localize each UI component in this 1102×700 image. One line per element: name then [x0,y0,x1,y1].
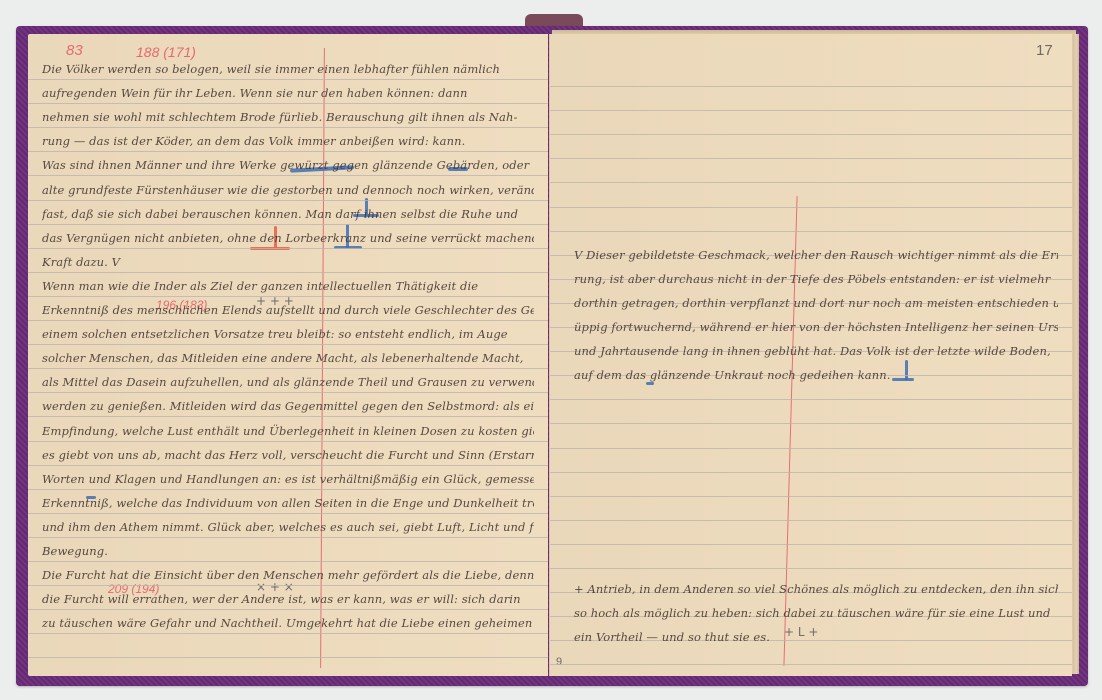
handwritten-line: es giebt von uns ab, macht das Herz voll… [42,448,534,462]
ruled-line [550,448,1072,449]
ruled-line [28,224,548,225]
handwritten-line: zu täuschen wäre Gefahr und Nachtheil. U… [42,616,534,630]
handwritten-line: rung, ist aber durchaus nicht in der Tie… [574,272,1058,286]
ruled-line [28,151,548,152]
ruled-line [550,182,1072,183]
ruled-line [28,465,548,466]
ruled-line [28,320,548,321]
ruled-line [550,664,1072,665]
ruled-line [28,561,548,562]
ruled-line [550,399,1072,400]
ruled-line [550,423,1072,424]
archive-number: 188 (171) [136,44,196,60]
handwritten-line: und ihm den Athem nimmt. Glück aber, wel… [42,520,534,534]
ruled-line [28,175,548,176]
handwritten-line: als Mittel das Dasein aufzuhellen, und a… [42,375,534,389]
handwritten-line: auf dem das glänzende Unkraut noch gedei… [574,368,1058,382]
blue-mark [646,382,654,385]
ruled-line [550,544,1072,545]
handwritten-line: üppig fortwuchernd, während er hier von … [574,320,1058,334]
handwritten-line: und Jahrtausende lang in ihnen geblüht h… [574,344,1058,358]
handwritten-line: dorthin getragen, dorthin verpflanzt und… [574,296,1058,310]
ruled-line [28,537,548,538]
handwritten-line: so hoch als möglich zu heben: sich dabei… [574,606,1058,620]
handwritten-line: Empfindung, welche Lust enthält und Über… [42,424,534,438]
ruled-line [550,496,1072,497]
handwritten-line: die Furcht will errathen, wer der Andere… [42,592,534,606]
handwritten-line: alte grundfeste Fürstenhäuser wie die ge… [42,183,534,197]
handwritten-line: einem solchen entsetzlichen Vorsatze tre… [42,327,534,341]
ruled-line [28,344,548,345]
handwritten-line: solcher Menschen, das Mitleiden eine and… [42,351,534,365]
ruled-line [550,207,1072,208]
handwritten-line: nehmen sie wohl mit schlechtem Brode für… [42,110,534,124]
handwritten-line: werden zu genießen. Mitleiden wird das G… [42,399,534,413]
left-page: 83 188 (171) 196 (183) 209 (194) + + + ×… [28,34,548,676]
ruled-line [28,368,548,369]
handwritten-line: Was sind ihnen Männer und ihre Werke gew… [42,158,534,172]
ruled-line [28,585,548,586]
ruled-line [28,272,548,273]
handwritten-line: Worten und Klagen und Handlungen an: es … [42,472,534,486]
ruled-line [28,200,548,201]
ruled-line [550,110,1072,111]
ruled-line [28,416,548,417]
ruled-line [28,489,548,490]
handwritten-line: + Antrieb, in dem Anderen so viel Schöne… [574,582,1058,596]
handwritten-line: Wenn man wie die Inder als Ziel der ganz… [42,279,534,293]
handwritten-line: das Vergnügen nicht anbieten, ohne den L… [42,231,534,245]
right-page: 17 9 + L + V Dieser gebildetste Geschmac… [549,34,1072,676]
ruled-line [28,79,548,80]
handwritten-line: aufregenden Wein für ihr Leben. Wenn sie… [42,86,534,100]
ruled-line [550,520,1072,521]
bottom-page-number: 9 [556,656,562,668]
ruled-line [28,296,548,297]
ruled-line [550,158,1072,159]
ruled-line [28,103,548,104]
ruled-line [28,127,548,128]
handwritten-line: fast, daß sie sich dabei berauschen könn… [42,207,534,221]
ruled-line [28,441,548,442]
handwritten-line: Die Völker werden so belogen, weil sie i… [42,62,534,76]
handwritten-line: Bewegung. [42,544,534,558]
ruled-line [28,609,548,610]
ruled-line [28,633,548,634]
page-block-edge-right [1071,34,1079,674]
ruled-line [28,248,548,249]
ruled-line [28,392,548,393]
handwritten-line: ein Vortheil — und so thut sie es. [574,630,1058,644]
folio-mark: 83 [66,42,83,59]
handwritten-line: Erkenntniß, welche das Individuum von al… [42,496,534,510]
handwritten-line: V Dieser gebildetste Geschmack, welcher … [574,248,1058,262]
page-number: 17 [1036,42,1053,59]
ruled-line [550,86,1072,87]
ruled-line [28,657,548,658]
handwritten-line: Erkenntniß des menschlichen Elends aufst… [42,303,534,317]
ruled-line [550,568,1072,569]
ruled-line [550,472,1072,473]
handwritten-line: Kraft dazu. V [42,255,534,269]
handwritten-line: rung — das ist der Köder, an dem das Vol… [42,134,534,148]
ruled-line [550,134,1072,135]
handwritten-line: Die Furcht hat die Einsicht über den Men… [42,568,534,582]
ruled-line [28,513,548,514]
ruled-line [550,231,1072,232]
